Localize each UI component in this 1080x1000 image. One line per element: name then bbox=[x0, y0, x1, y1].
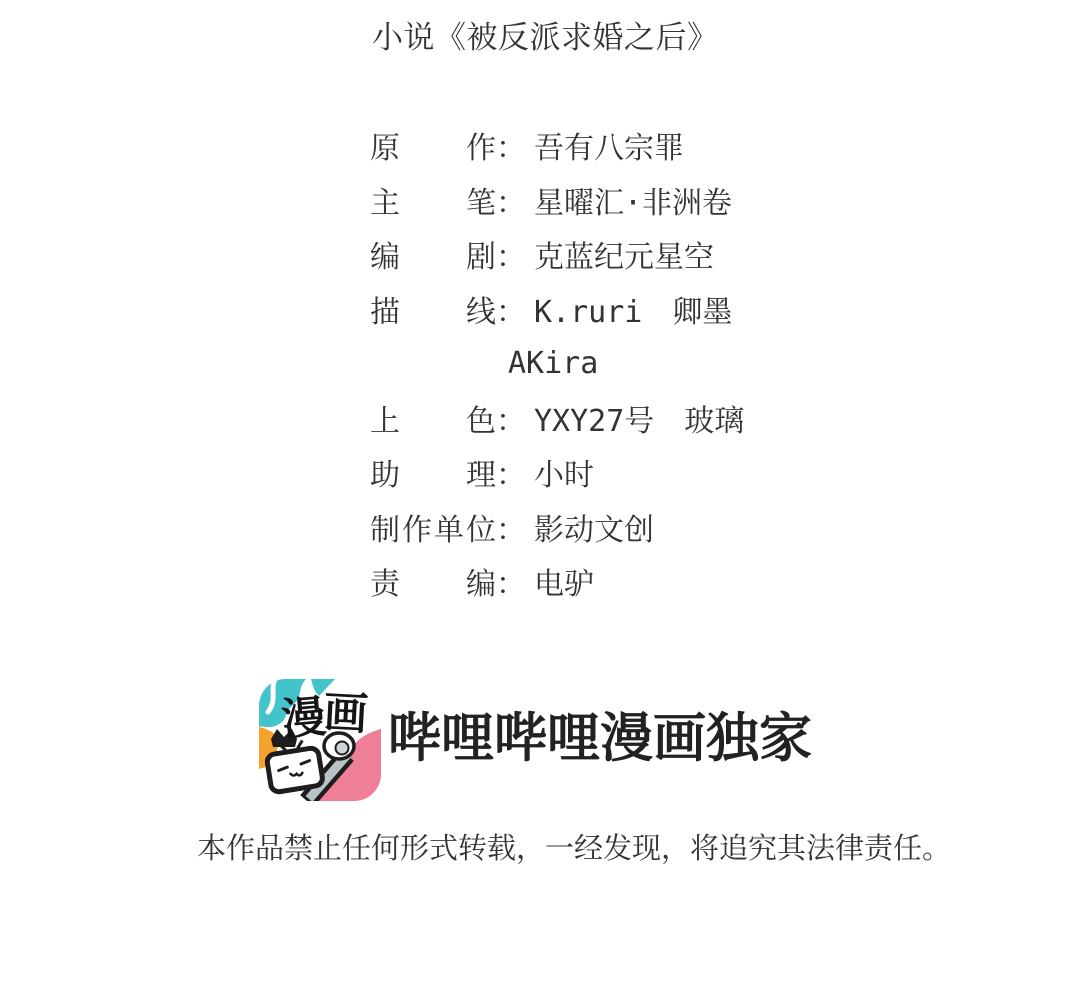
credit-row-production-unit: 制作单位：影动文创 bbox=[370, 500, 744, 555]
credit-row-assistant: 助理：小时 bbox=[370, 445, 744, 500]
credit-colon: ： bbox=[496, 559, 526, 603]
credits-list: 原作：吾有八宗罪 主笔：星曜汇·非洲卷 编剧：克蓝纪元星空 描线：K.ruri … bbox=[370, 118, 744, 609]
credit-colon: ： bbox=[496, 287, 526, 331]
credit-value: 吾有八宗罪 bbox=[534, 123, 684, 167]
credit-row-screenwriter: 编剧：克蓝纪元星空 bbox=[370, 227, 744, 282]
credit-value: AKira bbox=[508, 346, 598, 381]
credit-value: 影动文创 bbox=[534, 505, 654, 549]
credit-row-original-work: 原作：吾有八宗罪 bbox=[370, 118, 744, 173]
credit-row-line-art-cont: AKira bbox=[370, 336, 744, 391]
credit-row-line-art: 描线：K.ruri 卿墨 bbox=[370, 282, 744, 337]
credit-label: 编剧 bbox=[370, 232, 496, 276]
credit-value: K.ruri 卿墨 bbox=[534, 287, 732, 331]
credit-colon: ： bbox=[496, 505, 526, 549]
credit-row-editor: 责编：电驴 bbox=[370, 554, 744, 609]
credits-page: 小说《被反派求婚之后》 原作：吾有八宗罪 主笔：星曜汇·非洲卷 编剧：克蓝纪元星… bbox=[0, 0, 1080, 1000]
credit-value: 小时 bbox=[534, 450, 594, 494]
bilibili-manga-app-icon: 漫 画 bbox=[259, 679, 381, 801]
credit-colon: ： bbox=[496, 178, 526, 222]
credit-colon: ： bbox=[496, 450, 526, 494]
credit-label: 上色 bbox=[370, 396, 496, 440]
credit-value: YXY27号 玻璃 bbox=[534, 396, 744, 440]
disclaimer-text: 本作品禁止任何形式转载，一经发现，将追究其法律责任。 bbox=[197, 826, 951, 867]
credit-value: 电驴 bbox=[534, 559, 594, 603]
app-icon-graphic: 漫 画 bbox=[259, 679, 381, 801]
credit-colon: ： bbox=[496, 123, 526, 167]
logo-char-man: 漫 bbox=[280, 692, 328, 745]
credit-label: 制作单位 bbox=[370, 505, 496, 549]
credit-value: 星曜汇·非洲卷 bbox=[534, 178, 732, 222]
credit-label: 主笔 bbox=[370, 178, 496, 222]
credit-colon: ： bbox=[496, 232, 526, 276]
page-title: 小说《被反派求婚之后》 bbox=[372, 12, 719, 57]
logo-char-hua: 画 bbox=[322, 688, 369, 739]
credit-label: 责编 bbox=[370, 559, 496, 603]
credit-value: 克蓝纪元星空 bbox=[534, 232, 714, 276]
credit-label: 描线 bbox=[370, 287, 496, 331]
credit-label: 原作 bbox=[370, 123, 496, 167]
exclusive-label: 哔哩哔哩漫画独家 bbox=[388, 683, 812, 795]
credit-row-coloring: 上色：YXY27号 玻璃 bbox=[370, 391, 744, 446]
credit-colon: ： bbox=[496, 396, 526, 440]
credit-label: 助理 bbox=[370, 450, 496, 494]
credit-row-lead-artist: 主笔：星曜汇·非洲卷 bbox=[370, 173, 744, 228]
